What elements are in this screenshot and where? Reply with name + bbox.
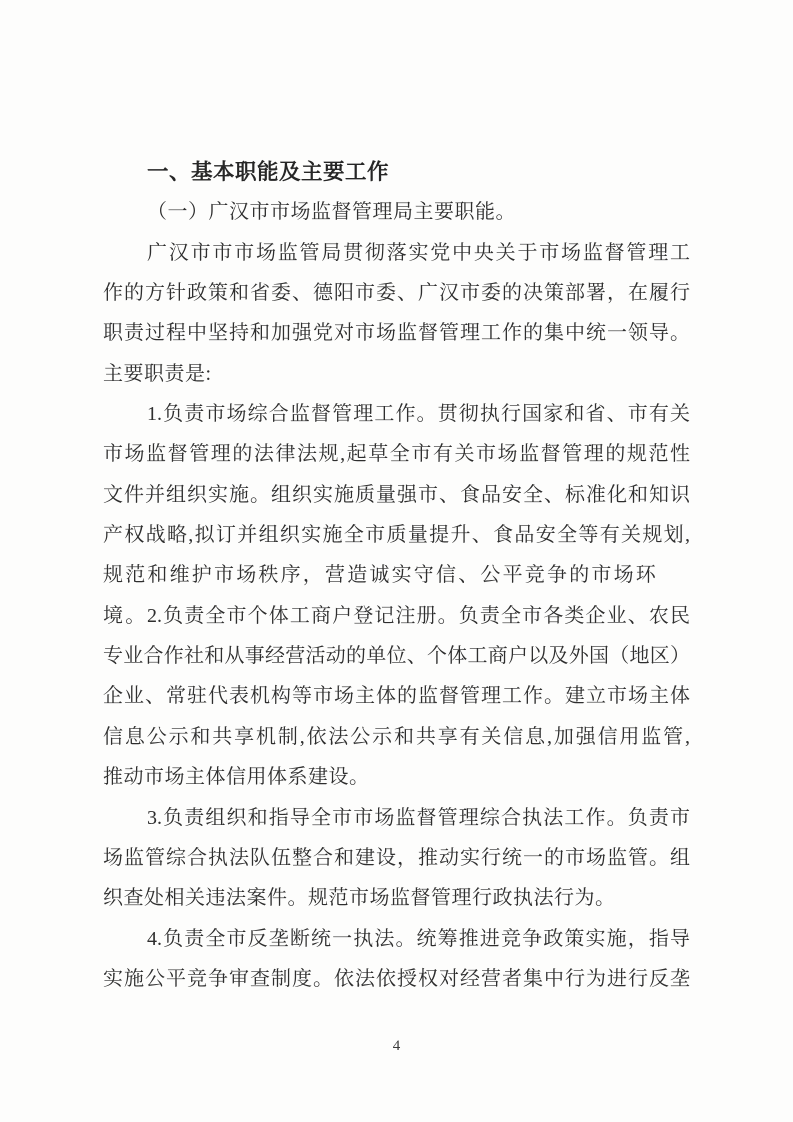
text-line: 1.负责市场综合监督管理工作。贯彻执行国家和省、市有关 [103, 394, 690, 434]
subsection-heading: （一）广汉市市场监督管理局主要职能。 [103, 192, 690, 232]
text-line: 信息公示和共享机制,依法公示和共享有关信息,加强信用监管, [103, 717, 690, 757]
text-line: 主要职责是: [103, 354, 690, 394]
text-line: 3.负责组织和指导全市市场监督管理综合执法工作。负责市 [103, 798, 690, 838]
text-line: 场监管综合执法队伍整合和建设，推动实行统一的市场监管。组 [103, 838, 690, 878]
text-line: 织查处相关违法案件。规范市场监督管理行政执法行为。 [103, 878, 690, 918]
text-line: 推动市场主体信用体系建设。 [103, 757, 690, 797]
text-line: 市场监督管理的法律法规,起草全市有关市场监督管理的规范性 [103, 434, 690, 474]
document-body: 广汉市市市场监管局贯彻落实党中央关于市场监督管理工作的方针政策和省委、德阳市委、… [103, 233, 690, 1000]
document-page: 一、基本职能及主要工作 （一）广汉市市场监督管理局主要职能。 广汉市市市场监管局… [0, 0, 793, 1122]
text-line: 专业合作社和从事经营活动的单位、个体工商户以及外国（地区） [103, 636, 690, 676]
page-number: 4 [0, 1038, 793, 1055]
document-content: 一、基本职能及主要工作 （一）广汉市市场监督管理局主要职能。 广汉市市市场监管局… [103, 152, 690, 999]
section-heading: 一、基本职能及主要工作 [103, 152, 690, 192]
text-line: 文件并组织实施。组织实施质量强市、食品安全、标准化和知识 [103, 475, 690, 515]
text-line: 实施公平竞争审查制度。依法依授权对经营者集中行为进行反垄 [103, 959, 690, 999]
text-line: 2.负责全市个体工商户登记注册。负责全市各类企业、农民 [103, 596, 690, 636]
text-line: 4.负责全市反垄断统一执法。统筹推进竞争政策实施，指导 [103, 919, 690, 959]
text-line: 广汉市市市场监管局贯彻落实党中央关于市场监督管理工 [103, 233, 690, 273]
text-line: 职责过程中坚持和加强党对市场监督管理工作的集中统一领导。 [103, 313, 690, 353]
text-line: 产权战略,拟订并组织实施全市质量提升、食品安全等有关规划, [103, 515, 690, 555]
text-line: 作的方针政策和省委、德阳市委、广汉市委的决策部署，在履行 [103, 273, 690, 313]
text-line: 企业、常驻代表机构等市场主体的监督管理工作。建立市场主体 [103, 676, 690, 716]
text-line: 规范和维护市场秩序，营造诚实守信、公平竞争的市场环境。 [103, 555, 690, 595]
